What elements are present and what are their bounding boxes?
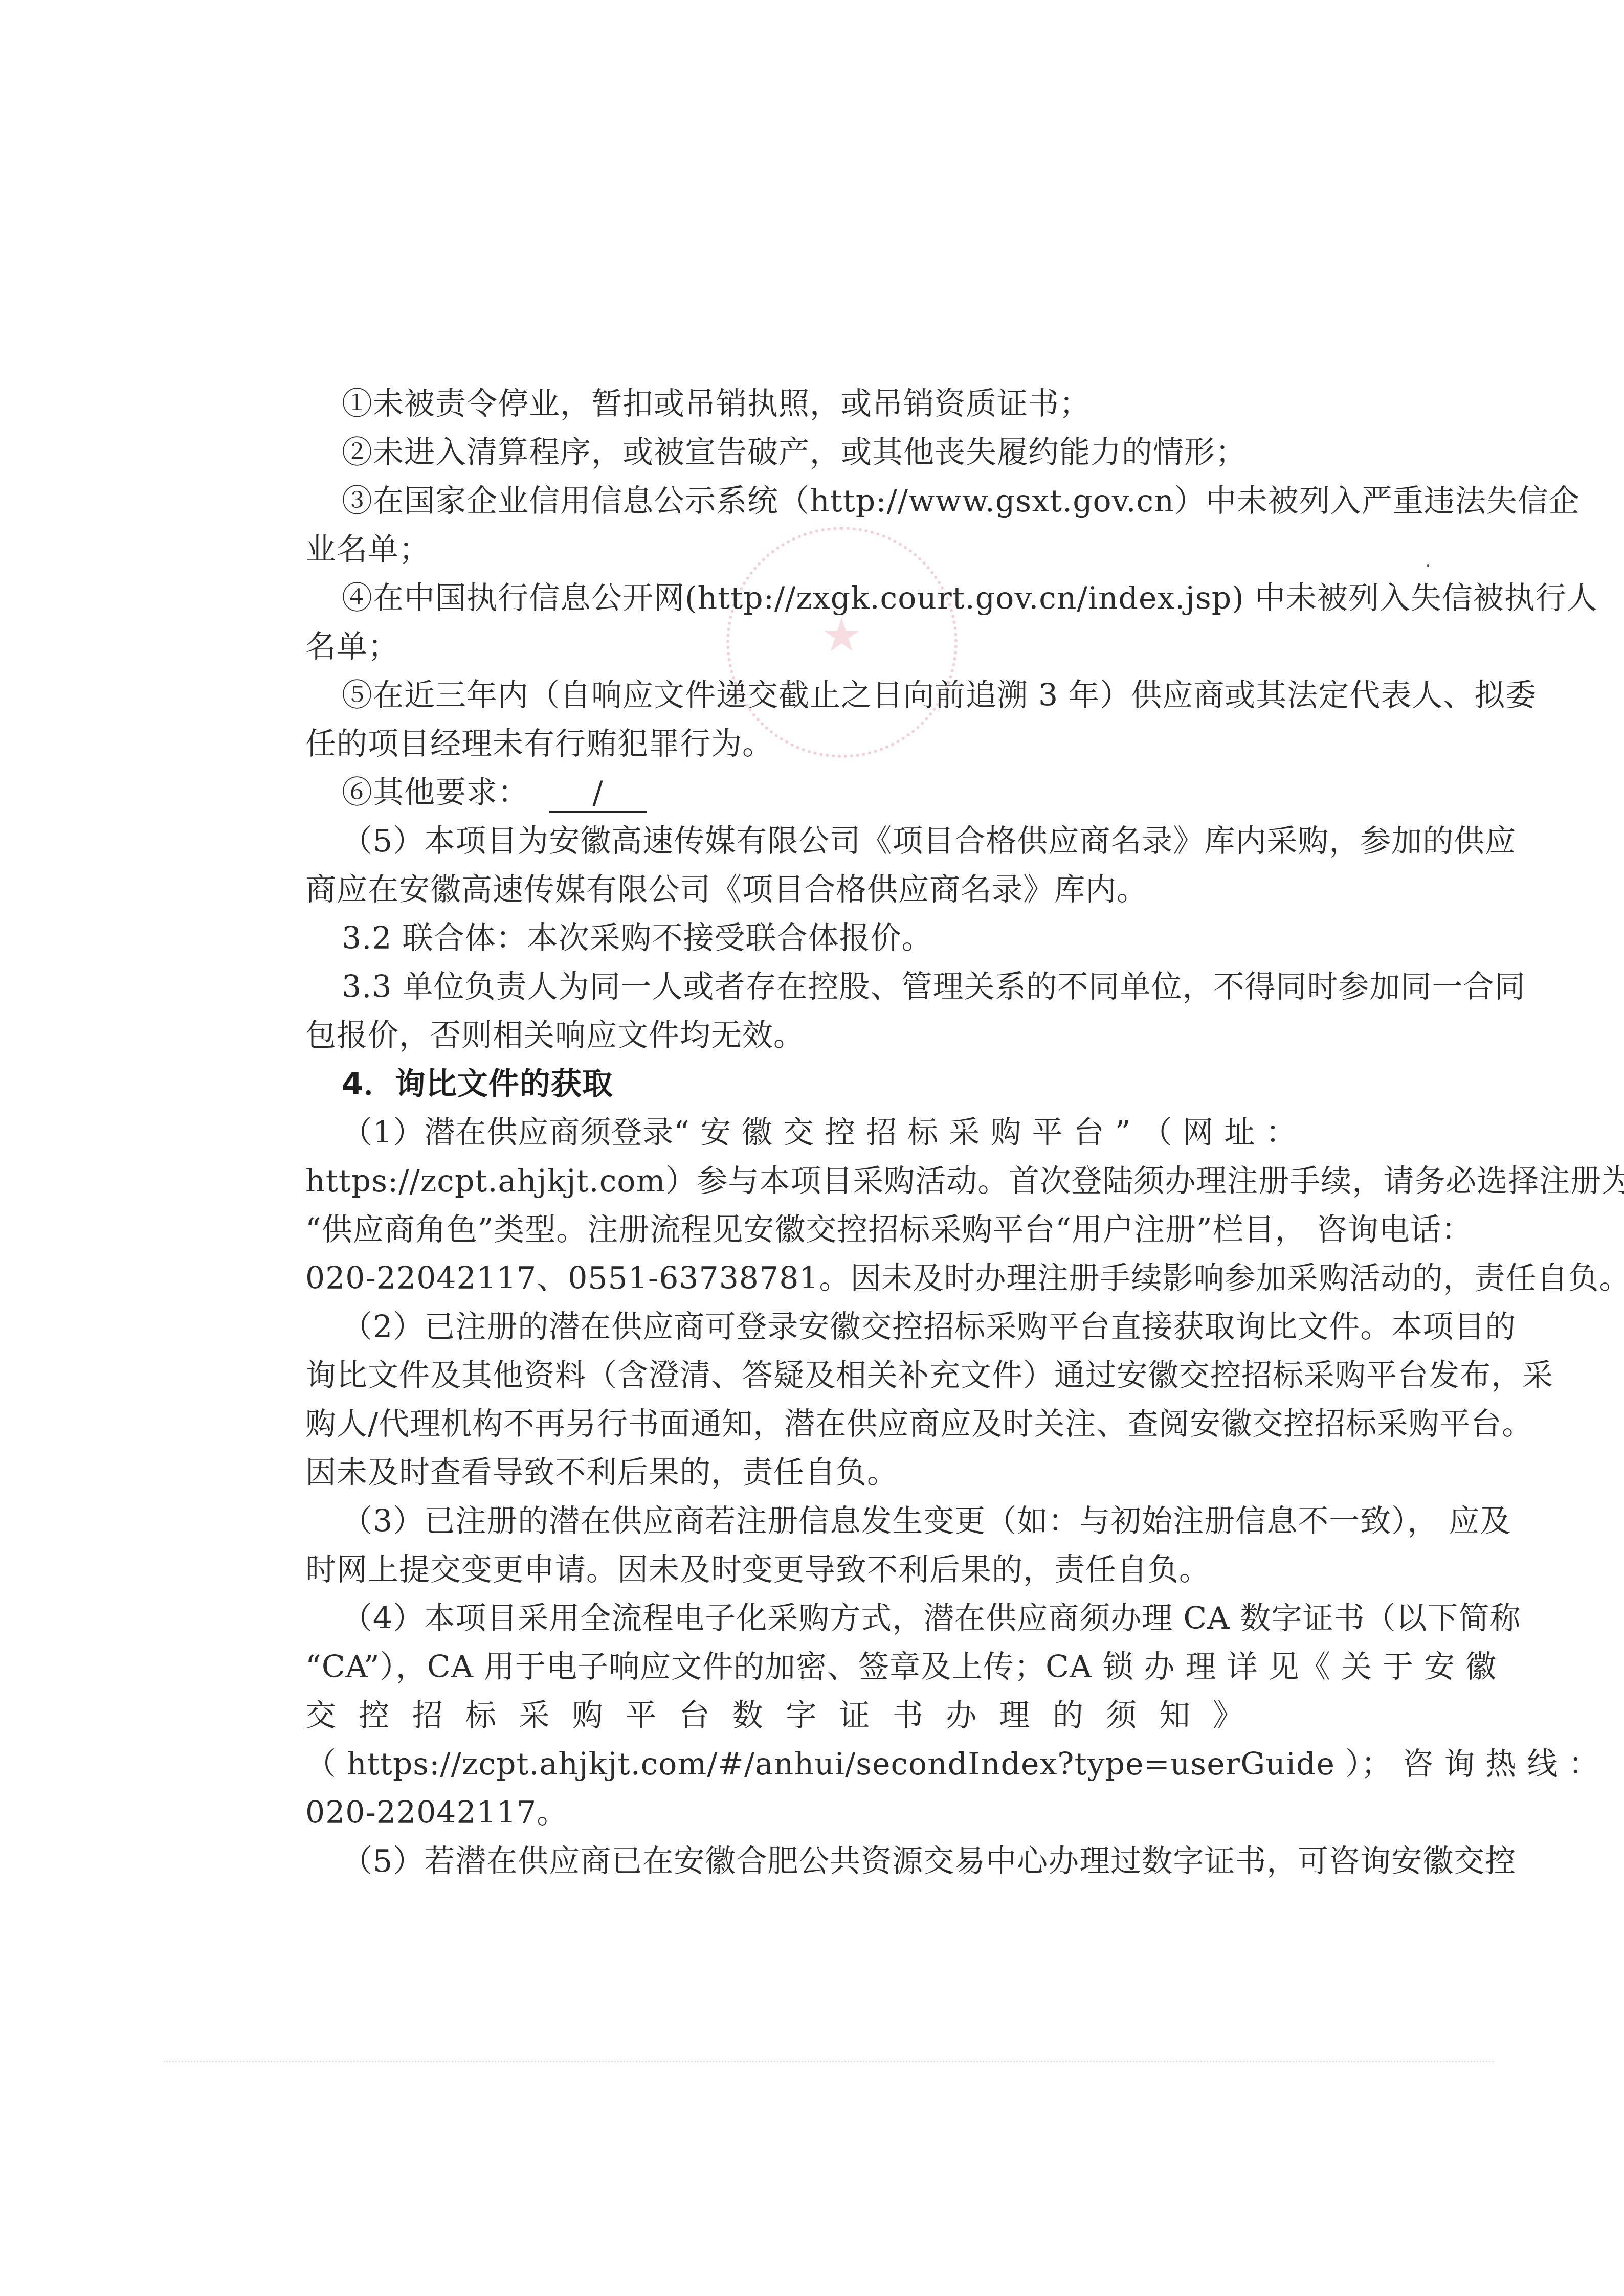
- item-1-line-4: 020-22042117、0551-63738781。因未及时办理注册手续影响参…: [305, 1254, 1244, 1303]
- clause-5-line-1: （5）本项目为安徽高速传媒有限公司《项目合格供应商名录》库内采购，参加的供应: [342, 817, 1244, 866]
- clause-5-line-2: 商应在安徽高速传媒有限公司《项目合格供应商名录》库内。: [305, 866, 1244, 914]
- requirement-3-line-2: 业名单；: [305, 526, 1244, 574]
- item-2-line-1: （2）已注册的潜在供应商可登录安徽交控招标采购平台直接获取询比文件。本项目的: [342, 1303, 1244, 1352]
- section-3-2: 3.2 联合体：本次采购不接受联合体报价。: [342, 914, 1244, 963]
- requirement-2: ②未进入清算程序，或被宣告破产，或其他丧失履约能力的情形；: [342, 429, 1244, 477]
- item-2-line-2: 询比文件及其他资料（含澄清、答疑及相关补充文件）通过安徽交控招标采购平台发布，采: [305, 1352, 1244, 1400]
- item-4-line-2: “CA”），CA 用于电子响应文件的加密、签章及上传；CA 锁 办 理 详 见《…: [305, 1643, 1244, 1692]
- requirement-5-line-2: 任的项目经理未有行贿犯罪行为。: [305, 720, 1244, 769]
- item-2-line-3: 购人/代理机构不再另行书面通知，潜在供应商应及时关注、查阅安徽交控招标采购平台。: [305, 1400, 1244, 1449]
- requirement-1: ①未被责令停业，暂扣或吊销执照，或吊销资质证书；: [342, 380, 1244, 429]
- item-3-line-1: （3）已注册的潜在供应商若注册信息发生变更（如：与初始注册信息不一致）， 应及: [342, 1497, 1244, 1546]
- requirement-6-label: ⑥其他要求：: [342, 775, 529, 811]
- section-3-3-line-2: 包报价，否则相关响应文件均无效。: [305, 1011, 1244, 1060]
- requirement-5-line-1: ⑤在近三年内（自响应文件递交截止之日向前追溯 3 年）供应商或其法定代表人、拟委: [342, 671, 1244, 720]
- requirement-6: ⑥其他要求：/: [342, 769, 1244, 817]
- item-4-line-4: （ https://zcpt.ahjkjt.com/#/anhui/second…: [305, 1740, 1244, 1789]
- item-1-line-1: （1）潜在供应商须登录“ 安 徽 交 控 招 标 采 购 平 台 ” （ 网 址…: [342, 1109, 1244, 1157]
- item-2-line-4: 因未及时查看导致不利后果的，责任自负。: [305, 1449, 1244, 1497]
- requirement-4-line-2: 名单；: [305, 623, 1244, 671]
- item-5-line-1: （5）若潜在供应商已在安徽合肥公共资源交易中心办理过数字证书，可咨询安徽交控: [342, 1837, 1244, 1886]
- item-1-line-3: “供应商角色”类型。注册流程见安徽交控招标采购平台“用户注册”栏目， 咨询电话：: [305, 1206, 1244, 1254]
- item-4-line-5: 020-22042117。: [305, 1789, 1244, 1837]
- item-4-line-3: 交 控 招 标 采 购 平 台 数 字 证 书 办 理 的 须 知 》: [305, 1692, 1244, 1740]
- item-3-line-2: 时网上提交变更申请。因未及时变更导致不利后果的，责任自负。: [305, 1546, 1244, 1594]
- requirement-4-line-1: ④在中国执行信息公开网(http://zxgk.court.gov.cn/ind…: [342, 574, 1244, 623]
- section-4-heading: 4．询比文件的获取: [342, 1060, 1244, 1109]
- footer-divider: [164, 2061, 1494, 2062]
- scan-speck: [1427, 564, 1429, 567]
- requirement-6-value: /: [549, 775, 647, 813]
- item-4-line-1: （4）本项目采用全流程电子化采购方式，潜在供应商须办理 CA 数字证书（以下简称: [342, 1594, 1244, 1643]
- item-1-line-2: https://zcpt.ahjkjt.com）参与本项目采购活动。首次登陆须办…: [305, 1157, 1244, 1206]
- requirement-3-line-1: ③在国家企业信用信息公示系统（http://www.gsxt.gov.cn）中未…: [342, 477, 1244, 526]
- section-3-3-line-1: 3.3 单位负责人为同一人或者存在控股、管理关系的不同单位，不得同时参加同一合同: [342, 963, 1244, 1011]
- document-page: ★ ①未被责令停业，暂扣或吊销执照，或吊销资质证书； ②未进入清算程序，或被宣告…: [0, 0, 1624, 2296]
